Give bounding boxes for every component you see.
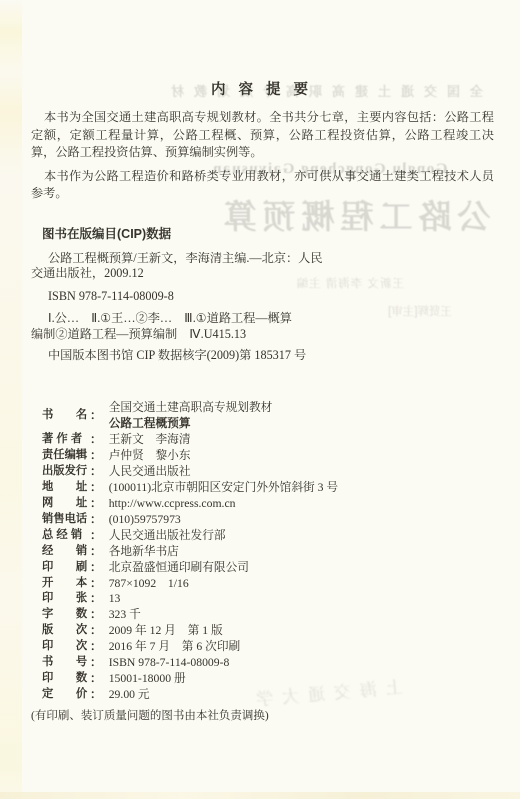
colophon-row-price: 定 价 ： 29.00 元 (42, 687, 507, 703)
scan-edge-artifact-bottom (0, 792, 520, 799)
colophon-colon: ： (90, 591, 102, 607)
colophon-value: 各地新华书店 (109, 544, 179, 560)
colophon-value: 王新文 李海清 (109, 432, 191, 448)
colophon-label: 书 号 (42, 655, 90, 671)
content-summary-heading: 内 容 提 要 (0, 78, 520, 99)
colophon-row-format: 开 本 ： 787×1092 1/16 (42, 576, 507, 592)
colophon-label: 总 经 销 (42, 528, 90, 544)
colophon-colon: ： (90, 639, 102, 655)
cip-imprint: 公路工程概预算/王新文，李海清主编.—北京：人民 交通出版社，2009.12 (31, 251, 503, 281)
colophon-row-authors: 著 作 者 ： 王新文 李海清 (42, 432, 507, 448)
colophon-colon: ： (90, 448, 102, 464)
colophon-row-word-count: 字 数 ： 323 千 (42, 607, 507, 623)
colophon-colon: ： (90, 432, 102, 448)
colophon-row-print-run: 印 数 ： 15001-18000 册 (42, 671, 507, 687)
colophon-colon: ： (90, 496, 102, 512)
colophon-value: ISBN 978-7-114-08009-8 (109, 655, 230, 671)
colophon-colon: ： (90, 687, 102, 703)
cip-imprint-line2: 交通出版社，2009.12 (31, 266, 503, 281)
colophon-value: 全国交通土建高职高专规划教材 公路工程概预算 (109, 400, 273, 432)
colophon-colon: ： (90, 408, 102, 424)
cip-classification: Ⅰ.公… Ⅱ.①王…②李… Ⅲ.①道路工程—概算 编制②道路工程—预算编制 Ⅳ.… (31, 311, 503, 343)
colophon-colon: ： (90, 464, 102, 480)
summary-paragraph-1: 本书为全国交通土建高职高专规划教材。全书共分七章，主要内容包括：公路工程定额，定… (31, 109, 494, 162)
colophon-label: 印 次 (42, 639, 90, 655)
colophon-label: 开 本 (42, 576, 90, 592)
colophon-label: 销售电话 (42, 512, 90, 528)
scan-edge-artifact-left (0, 0, 22, 799)
colophon-row-distributor: 经 销 ： 各地新华书店 (42, 544, 507, 560)
colophon-colon: ： (90, 560, 102, 576)
colophon-label: 经 销 (42, 544, 90, 560)
content-summary: 本书为全国交通土建高职高专规划教材。全书共分七章，主要内容包括：公路工程定额，定… (31, 109, 494, 203)
copyright-page: 全国交通土建高职高专规划教材 Gonglu Gongcheng Gaiyusua… (0, 0, 520, 799)
colophon-label: 著 作 者 (42, 432, 90, 448)
colophon-row-printing: 印 次 ： 2016 年 7 月 第 6 次印刷 (42, 639, 507, 655)
colophon-value: 323 千 (109, 607, 141, 623)
colophon-label: 印 刷 (42, 560, 90, 576)
colophon-row-sales-phone: 销售电话 ： (010)59757973 (42, 512, 507, 528)
colophon-colon: ： (90, 671, 102, 687)
book-title: 公路工程概预算 (109, 416, 273, 432)
cip-isbn: ISBN 978-7-114-08009-8 (48, 289, 174, 304)
cip-class-line1: Ⅰ.公… Ⅱ.①王…②李… Ⅲ.①道路工程—概算 (31, 311, 503, 327)
colophon-label: 版 次 (42, 623, 90, 639)
colophon: 书 名 ： 全国交通土建高职高专规划教材 公路工程概预算 著 作 者 ： 王新文… (42, 400, 507, 703)
colophon-value: 2009 年 12 月 第 1 版 (109, 623, 223, 639)
colophon-row-isbn: 书 号 ： ISBN 978-7-114-08009-8 (42, 655, 507, 671)
colophon-row-general-distributor: 总 经 销 ： 人民交通出版社发行部 (42, 528, 507, 544)
colophon-colon: ： (90, 623, 102, 639)
colophon-label: 责任编辑 (42, 448, 90, 464)
cip-class-line2: 编制②道路工程—预算编制 Ⅳ.U415.13 (31, 327, 503, 343)
quality-exchange-note: (有印刷、装订质量问题的图书由本社负责调换) (31, 707, 269, 723)
colophon-value: http://www.ccpress.com.cn (109, 496, 236, 512)
colophon-value: 卢仲贤 黎小东 (109, 448, 191, 464)
colophon-row-book-name: 书 名 ： 全国交通土建高职高专规划教材 公路工程概预算 (42, 400, 507, 432)
colophon-label: 网 址 (42, 496, 90, 512)
colophon-row-publisher: 出版发行 ： 人民交通出版社 (42, 464, 507, 480)
colophon-colon: ： (90, 480, 102, 496)
colophon-value: 29.00 元 (109, 687, 150, 703)
cip-record-number: 中国版本图书馆 CIP 数据核字(2009)第 185317 号 (48, 346, 306, 363)
colophon-value: 北京盈盛恒通印刷有限公司 (109, 560, 249, 576)
colophon-value: 13 (109, 591, 121, 607)
colophon-colon: ： (90, 512, 102, 528)
colophon-value: (010)59757973 (109, 512, 181, 528)
colophon-row-address: 地 址 ： (100011)北京市朝阳区安定门外外馆斜街 3 号 (42, 480, 507, 496)
colophon-colon: ： (90, 607, 102, 623)
colophon-row-editors: 责任编辑 ： 卢仲贤 黎小东 (42, 448, 507, 464)
cip-heading: 图书在版编目(CIP)数据 (42, 224, 171, 242)
colophon-label: 字 数 (42, 607, 90, 623)
colophon-value: 787×1092 1/16 (109, 576, 189, 592)
colophon-row-sheets: 印 张 ： 13 (42, 591, 507, 607)
colophon-colon: ： (90, 576, 102, 592)
colophon-colon: ： (90, 544, 102, 560)
colophon-label: 书 名 (42, 408, 90, 424)
colophon-value: 人民交通出版社发行部 (109, 528, 226, 544)
colophon-row-website: 网 址 ： http://www.ccpress.com.cn (42, 496, 507, 512)
colophon-label: 出版发行 (42, 464, 90, 480)
colophon-colon: ： (90, 655, 102, 671)
colophon-row-edition: 版 次 ： 2009 年 12 月 第 1 版 (42, 623, 507, 639)
colophon-value: (100011)北京市朝阳区安定门外外馆斜街 3 号 (109, 480, 338, 496)
colophon-label: 印 张 (42, 591, 90, 607)
colophon-label: 印 数 (42, 671, 90, 687)
colophon-value: 人民交通出版社 (109, 464, 191, 480)
colophon-value: 2016 年 7 月 第 6 次印刷 (109, 639, 241, 655)
summary-paragraph-2: 本书作为公路工程造价和路桥类专业用教材，亦可供从事交通土建类工程技术人员参考。 (31, 168, 494, 203)
colophon-label: 定 价 (42, 687, 90, 703)
colophon-colon: ： (90, 528, 102, 544)
colophon-value: 15001-18000 册 (109, 671, 186, 687)
cip-imprint-line1: 公路工程概预算/王新文，李海清主编.—北京：人民 (31, 251, 503, 266)
book-series-name: 全国交通土建高职高专规划教材 (109, 400, 273, 416)
colophon-row-printer: 印 刷 ： 北京盈盛恒通印刷有限公司 (42, 560, 507, 576)
colophon-label: 地 址 (42, 480, 90, 496)
